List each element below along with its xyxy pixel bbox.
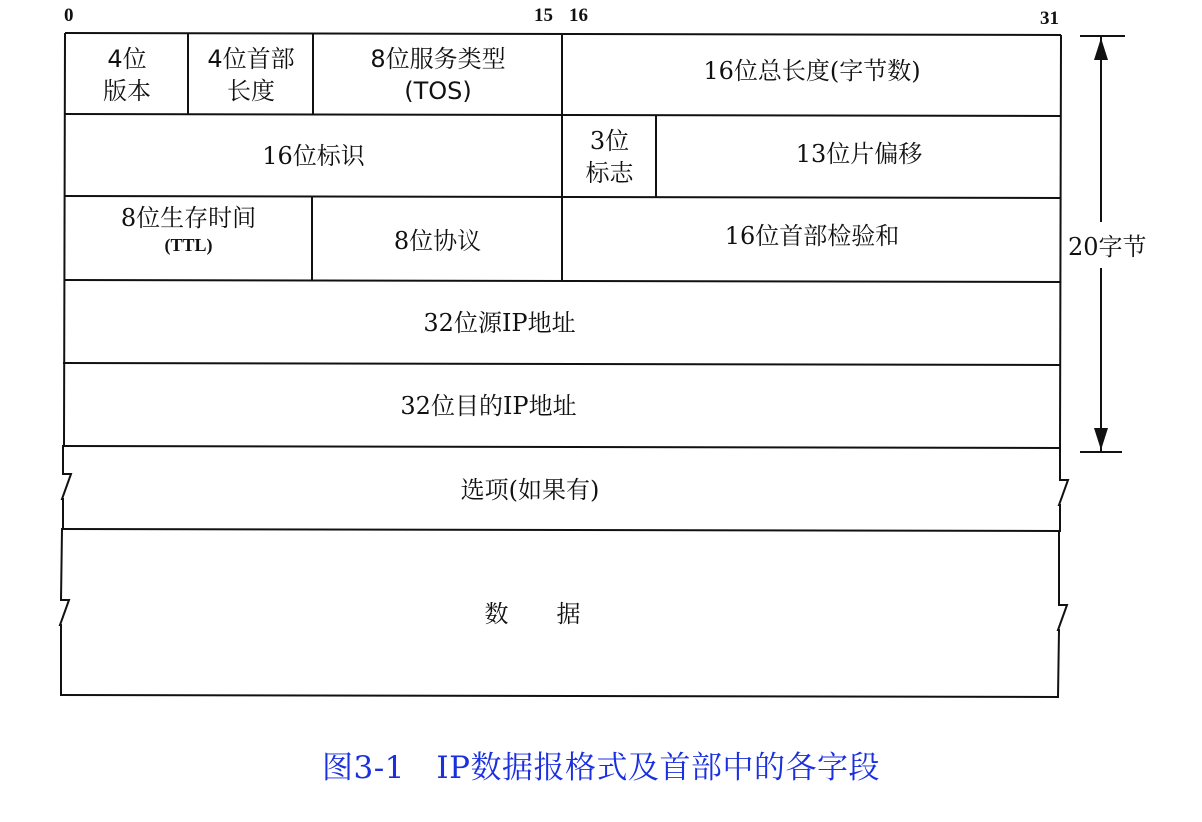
field-ttl-line1: 8位生存时间 bbox=[121, 204, 256, 232]
figure-caption: 图3-1 IP数据报格式及首部中的各字段 bbox=[0, 742, 1202, 787]
field-source-ip-label: 32位源IP地址 bbox=[423, 307, 575, 339]
field-total-length-label: 16位总长度(字节数) bbox=[703, 55, 920, 87]
field-protocol-label: 8位协议 bbox=[394, 225, 481, 257]
field-ttl-line2: (TTL) bbox=[121, 234, 256, 256]
header-size-label: 20字节 bbox=[1068, 225, 1147, 264]
field-flags-line1: 3位 bbox=[590, 127, 629, 155]
field-data-label: 数 据 bbox=[485, 598, 581, 630]
field-identification: 16位标识 bbox=[65, 115, 562, 197]
field-flags-line2: 标志 bbox=[586, 159, 634, 187]
field-protocol: 8位协议 bbox=[313, 197, 562, 285]
field-total-length: 16位总长度(字节数) bbox=[563, 35, 1061, 107]
field-flags: 3位 标志 bbox=[563, 116, 656, 198]
field-header-length: 4位首部 长度 bbox=[189, 34, 313, 115]
field-header-checksum-label: 16位首部检验和 bbox=[725, 220, 900, 252]
field-fragment-offset-label: 13位片偏移 bbox=[796, 138, 923, 170]
field-options: 选项(如果有) bbox=[64, 448, 1060, 531]
field-ttl: 8位生存时间 (TTL) bbox=[65, 197, 312, 273]
field-version-line1: 4位 bbox=[107, 45, 146, 73]
field-version-line2: 版本 bbox=[103, 77, 151, 105]
field-dest-ip: 32位目的IP地址 bbox=[64, 365, 1061, 447]
field-fragment-offset: 13位片偏移 bbox=[657, 116, 1061, 192]
field-identification-label: 16位标识 bbox=[262, 140, 365, 172]
field-tos-line1: 8位服务类型 bbox=[370, 45, 505, 73]
field-header-length-line1: 4位首部 bbox=[207, 45, 294, 73]
field-header-length-line2: 长度 bbox=[227, 77, 275, 105]
field-tos: 8位服务类型 (TOS) bbox=[314, 34, 562, 115]
field-tos-line2: (TOS) bbox=[404, 77, 472, 105]
field-version: 4位 版本 bbox=[66, 34, 188, 115]
field-dest-ip-label: 32位目的IP地址 bbox=[400, 390, 576, 422]
field-options-label: 选项(如果有) bbox=[461, 474, 600, 506]
field-data: 数 据 bbox=[62, 531, 1059, 696]
field-source-ip: 32位源IP地址 bbox=[64, 282, 1061, 364]
field-header-checksum: 16位首部检验和 bbox=[563, 198, 1061, 274]
